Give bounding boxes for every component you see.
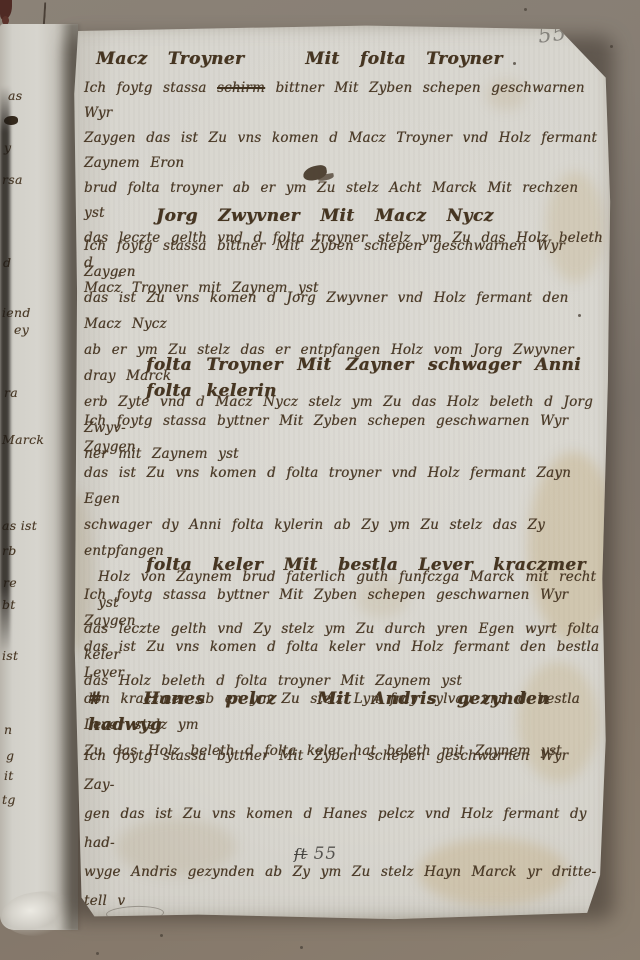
margin-text-fragment: tg	[2, 792, 16, 807]
entry-heading: Jorg Zwyvner Mit Macz Nycz	[156, 203, 606, 229]
dust-speck	[96, 952, 99, 955]
scribe-mark: ſt	[294, 845, 308, 863]
struck-word: schirm	[217, 80, 265, 96]
text-line: Ich foytg stassa bittner Mit Zyben schep…	[84, 233, 606, 285]
text-run: Ich foytg stassa	[84, 80, 217, 96]
folio-number-text: 55	[314, 844, 338, 864]
text-line: das ist Zu vns komen d Jorg Zwyvner vnd …	[84, 285, 606, 337]
photo-backdrop: as y rsa d iend ey ra Marck as ist rb re…	[0, 0, 640, 960]
margin-text-fragment: it	[4, 768, 14, 783]
text-line: gen das ist Zu vns komen d Hanes pelcz v…	[84, 800, 606, 858]
folio-number-top: 55	[537, 20, 568, 47]
text-line: das ist Zu vns komen d folta troyner vnd…	[84, 460, 606, 512]
dust-speck	[160, 934, 163, 937]
dust-speck	[524, 8, 527, 11]
text-line: Ich foytg stassa schirm bittner Mit Zybe…	[84, 76, 606, 126]
entry-section-5: # Hanes pelcz Mit Andris gezynden hadwyg…	[84, 686, 606, 916]
text-line: wyge Andris gezynden ab Zy ym Zu stelz H…	[84, 858, 606, 887]
folio-number-bottom: ſt55	[294, 844, 337, 864]
text-line: Zaygen das ist Zu vns komen d Macz Troyn…	[84, 126, 606, 176]
dust-speck	[300, 946, 303, 949]
margin-text-fragment: ey	[14, 322, 29, 337]
margin-text-fragment: n	[4, 722, 12, 737]
manuscript-page: 55 Macz Troyner Mit folta Troyner Ich fo…	[58, 22, 618, 920]
text-line: Ich foytg stassa byttner Mit Zyben schep…	[84, 408, 606, 460]
text-line: das ist Zu vns komen d folta keler vnd H…	[84, 634, 606, 686]
gutter-shadow	[0, 86, 10, 656]
entry-heading: # Hanes pelcz Mit Andris gezynden hadwyg	[88, 686, 606, 738]
margin-text-fragment: as	[8, 88, 22, 103]
text-line: Ich foytg stassa byttner Mit Zyben schep…	[84, 582, 606, 634]
margin-text-fragment: g	[6, 748, 14, 763]
text-line: Ich foytg stassa byttner Mit Zyben schep…	[84, 742, 606, 800]
entry-heading: folta Troyner Mit Zayner schwager Anni f…	[146, 352, 606, 404]
entry-heading: folta keler Mit bestla Lever kraczmer	[146, 552, 606, 578]
entry-heading: Macz Troyner Mit folta Troyner	[96, 46, 606, 72]
